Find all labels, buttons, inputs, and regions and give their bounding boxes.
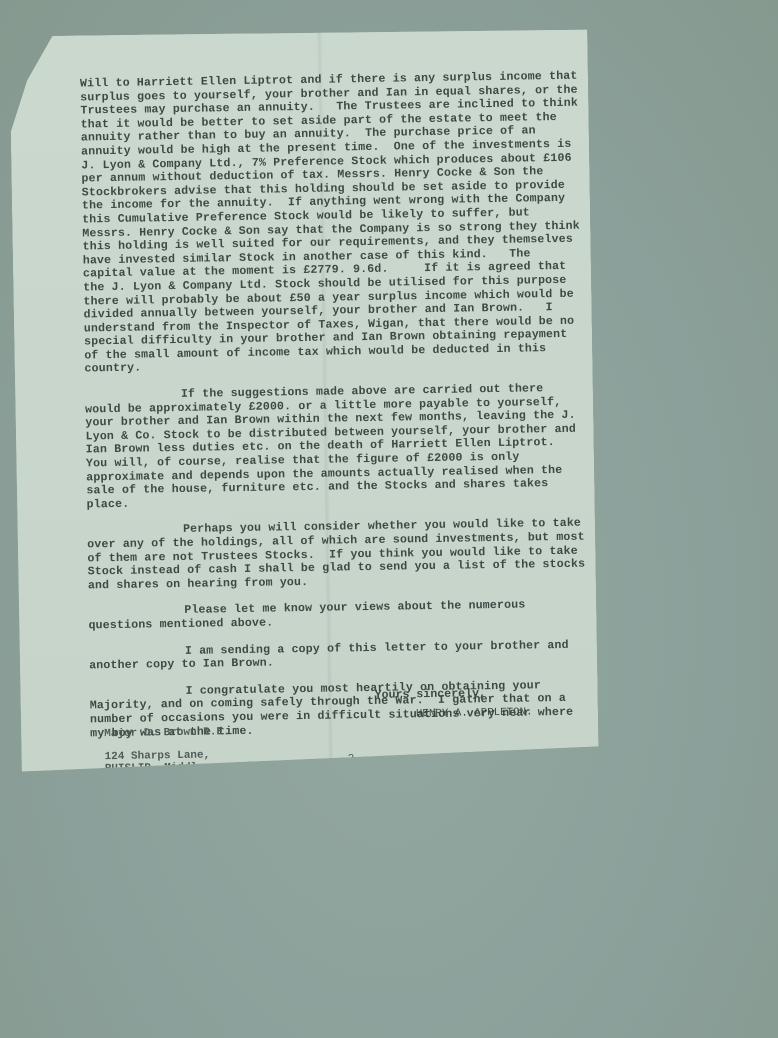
paragraph-views: Please let me know your views about the …	[88, 598, 588, 633]
letter-body: Will to Harriett Ellen Liptrot and if th…	[80, 70, 591, 754]
page-number: 2.	[348, 753, 361, 765]
paragraph-annuity: Will to Harriett Ellen Liptrot and if th…	[80, 70, 585, 377]
letter-page: Will to Harriett Ellen Liptrot and if th…	[9, 28, 598, 772]
signature: HENRY A. APPLETON.	[416, 706, 533, 720]
closing: Yours sincerely,	[375, 687, 487, 702]
recipient-name: Major D. Brown R.E.	[104, 726, 230, 741]
paragraph-holdings: Perhaps you will consider whether you wo…	[87, 517, 588, 593]
paragraph-suggestions: If the suggestions made above are carrie…	[85, 382, 587, 512]
recipient-address-line2: RUISLIP. Middlesex.	[105, 761, 231, 771]
paragraph-copy: I am sending a copy of this letter to yo…	[89, 638, 589, 673]
